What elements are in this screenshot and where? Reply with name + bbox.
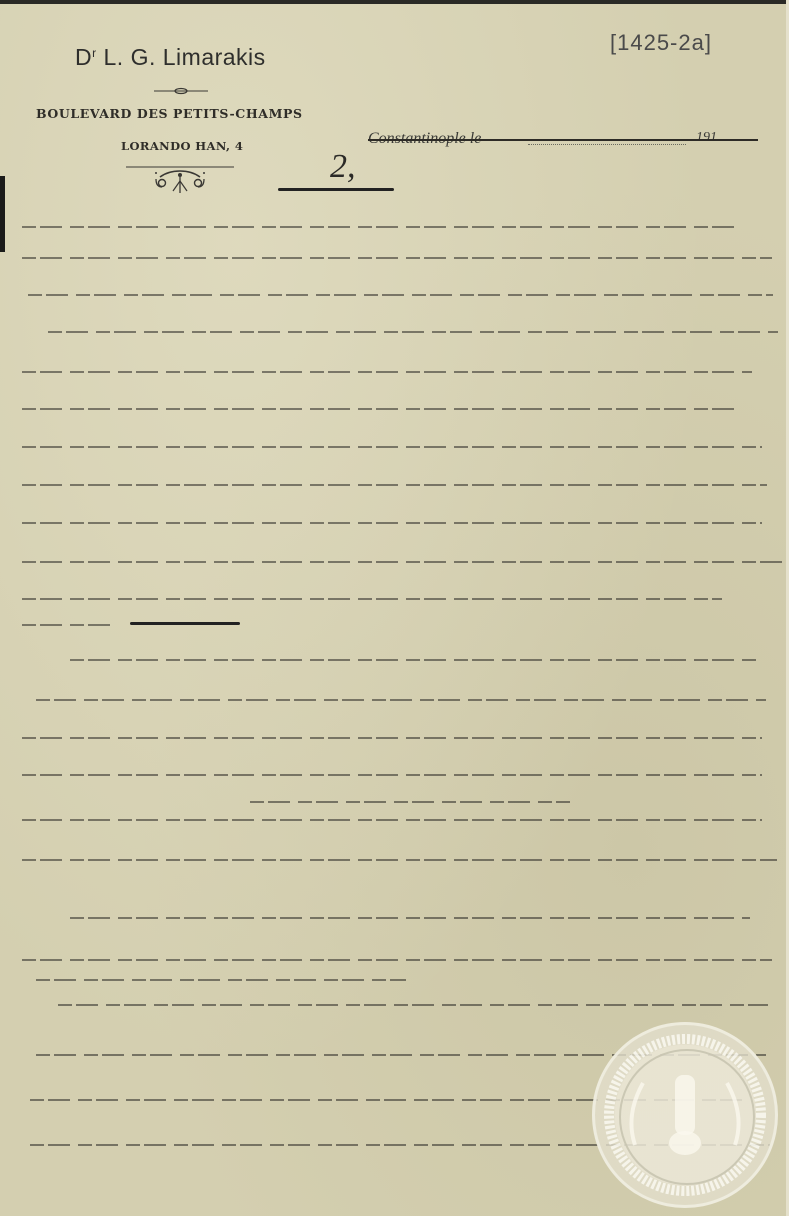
handwritten-line: [handwritten line 19, new paragraph] [70,903,750,933]
handwritten-line: [handwritten line 3] [28,280,773,310]
page-number-underline [278,188,394,191]
handwritten-line: [handwritten line 21] [58,990,768,1020]
handwritten-line: [handwritten line 5] [22,357,752,387]
handwritten-line: [handwritten line 2] [22,243,772,273]
handwritten-line: [handwritten line 13, new paragraph] [70,645,760,675]
page-number: 2, [330,148,356,186]
handwritten-line: [handwritten line 14] [36,685,766,715]
handwritten-line: [handwritten line 12, ends with underlin… [22,610,117,640]
handwritten-line: [handwritten line 6] [22,394,742,424]
dateline-year: 191 [696,130,717,146]
ornament-divider-icon [154,86,208,96]
handwritten-line: [handwritten line 16] [22,760,762,790]
letterhead-street: BOULEVARD DES PETITS-CHAMPS [36,106,303,121]
handwritten-line: [handwritten line 8] [22,470,767,500]
handwritten-line: [handwritten line 15] [22,723,762,753]
dateline: Constantinople le 191 [368,128,758,152]
scan-left-edge-mark [0,176,5,252]
handwritten-line: [handwritten line 11] [22,584,722,614]
archive-seal-stamp [592,1022,778,1208]
letterhead-building: LORANDO HAN, 4 [121,139,243,153]
letter-page: Dr L. G. Limarakis BOULEVARD DES PETITS-… [0,0,789,1216]
ornament-flourish-icon [126,165,234,193]
handwritten-line: [handwritten line 1] [22,212,742,242]
handwritten-line: [handwritten line 4] [48,317,778,347]
handwritten-line: [handwritten line 17, first word struck … [22,805,762,835]
letterhead-name: Dr L. G. Limarakis [75,44,266,71]
scan-top-border [0,0,789,4]
letterhead-name-prefix: D [75,44,92,70]
handwritten-line: [handwritten line 10] [22,547,782,577]
handwritten-line: [handwritten line 18] [22,845,777,875]
handwritten-line: [handwritten line 7] [22,432,762,462]
dateline-strikethrough [368,139,758,141]
seal-emblem-icon [595,1025,775,1205]
letterhead-name-text: L. G. Limarakis [104,44,266,70]
handwritten-line: [handwritten line 9, first word struck t… [22,508,762,538]
paragraph-end-rule [130,622,240,625]
dateline-dotted-blank [528,144,686,145]
archive-reference: [1425-2a] [610,30,712,56]
